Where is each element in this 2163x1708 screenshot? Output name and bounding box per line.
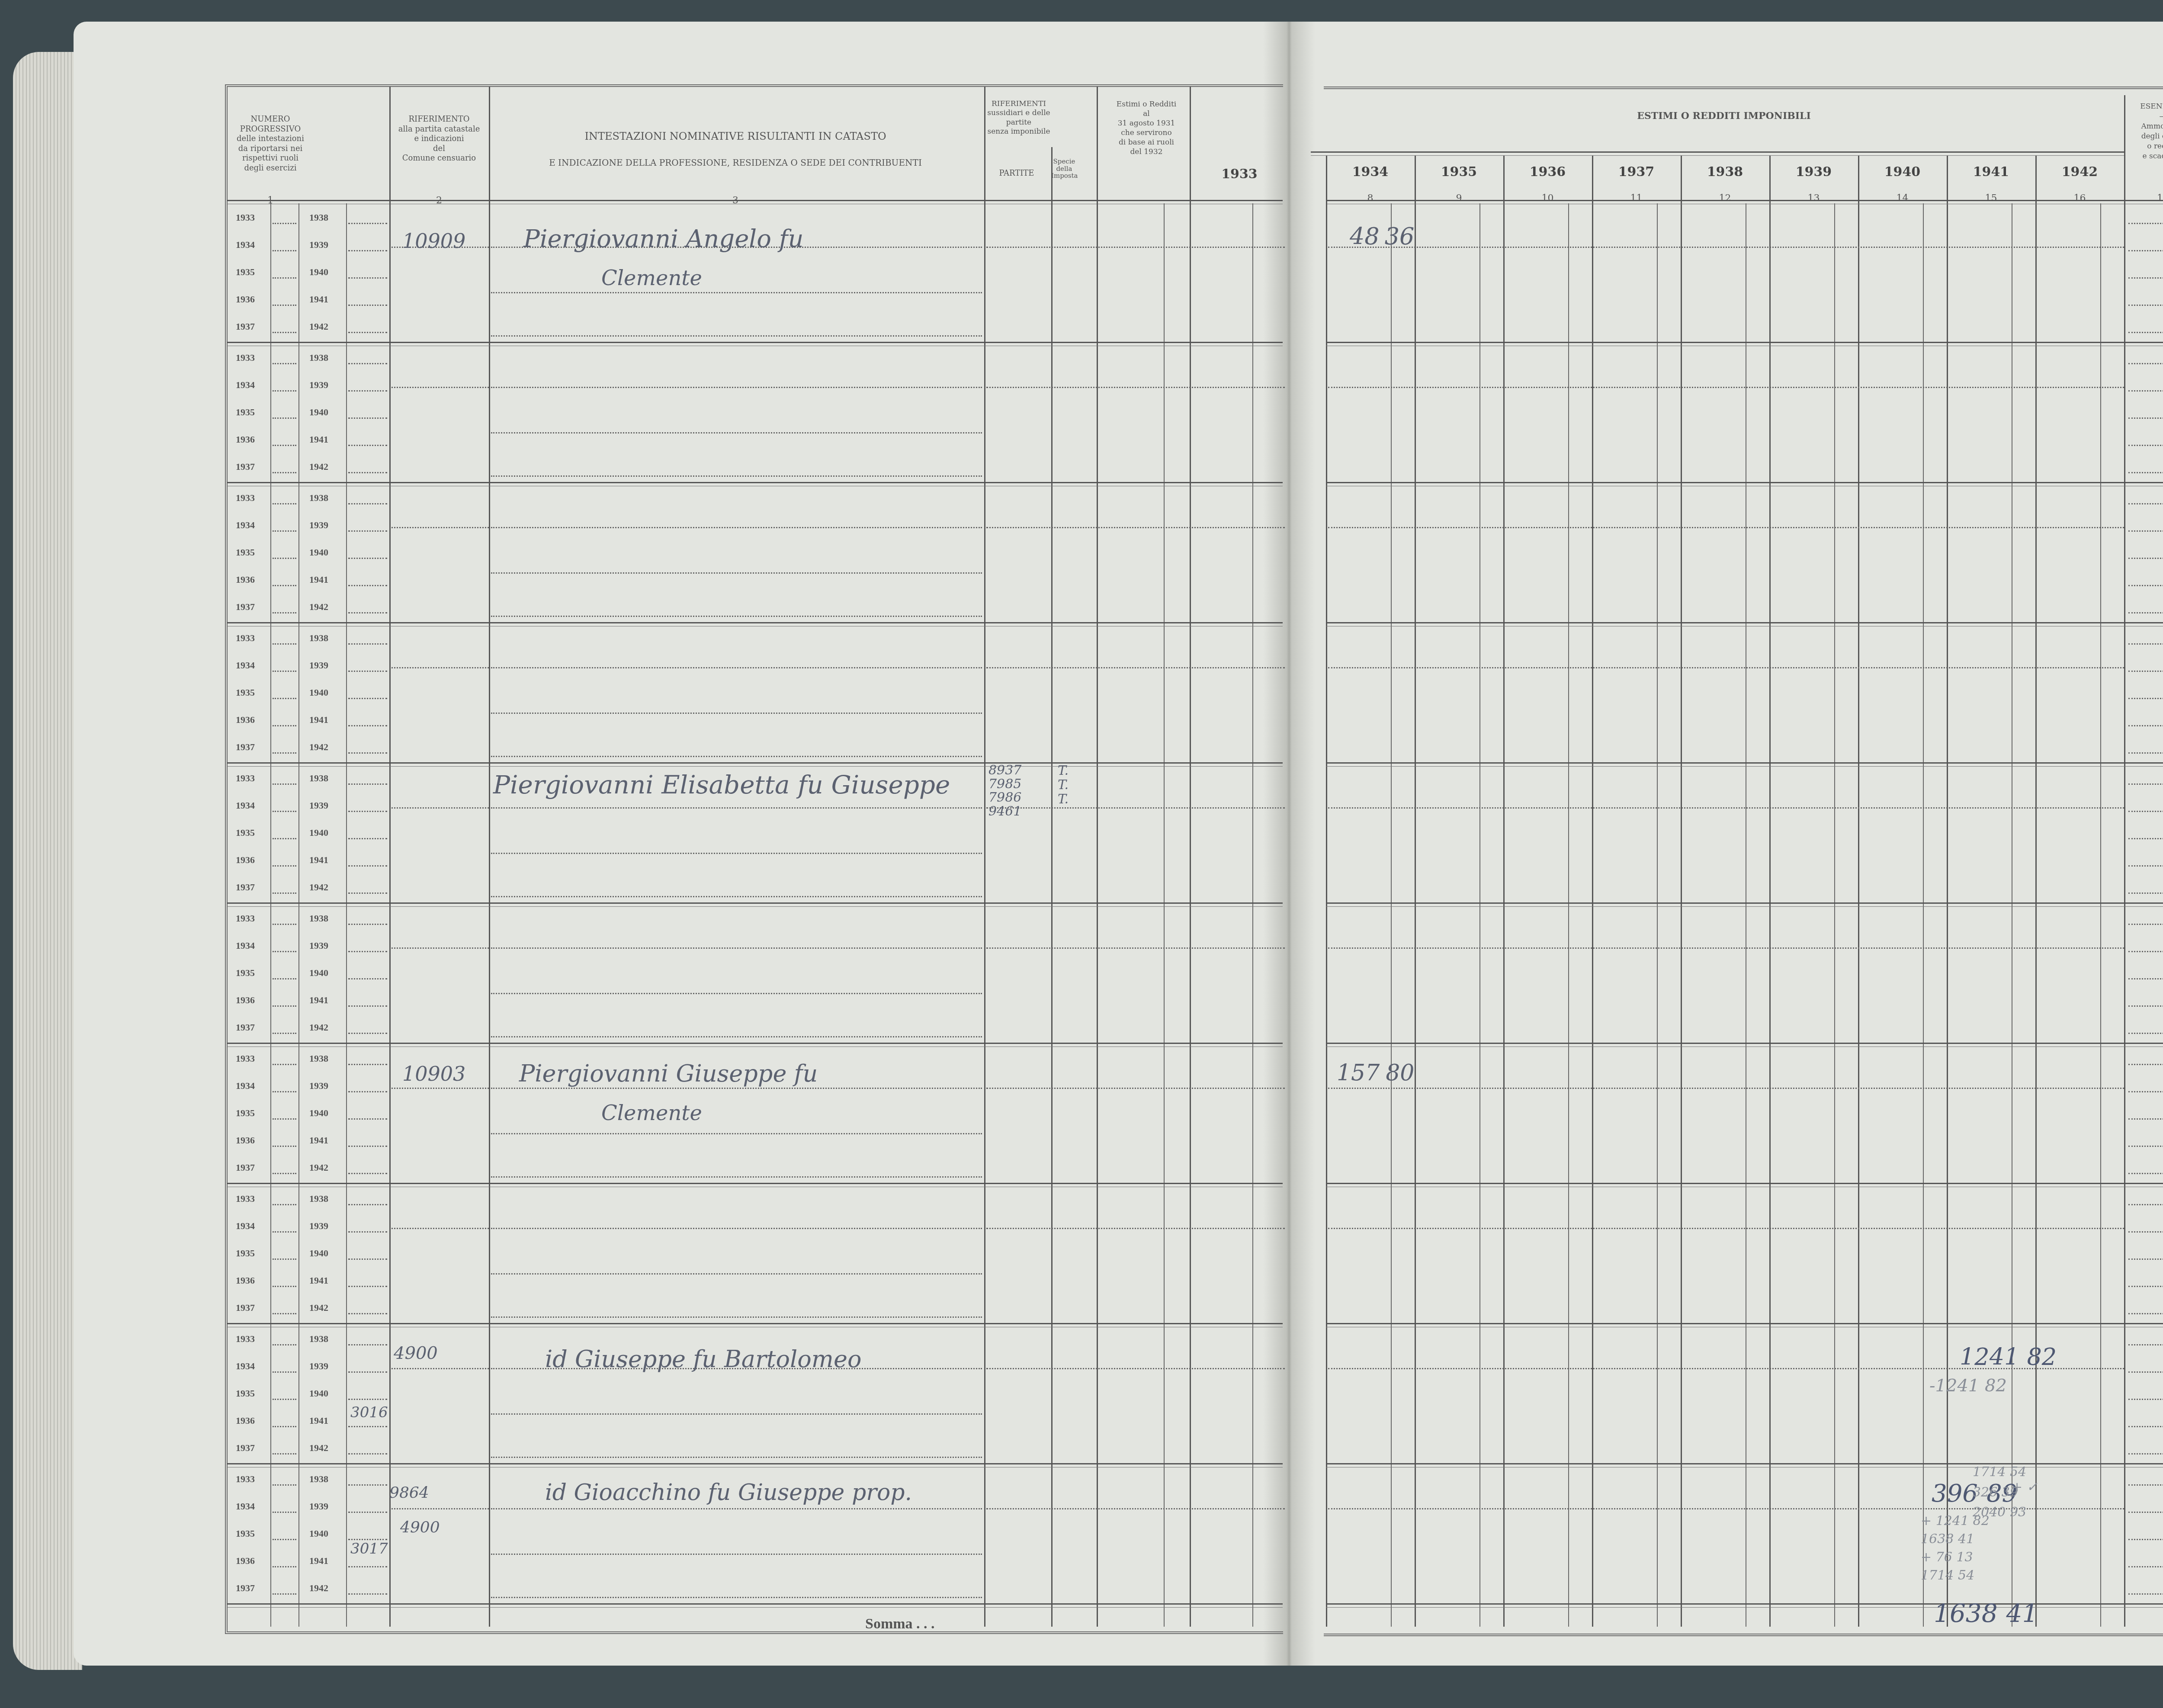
dotted-rule bbox=[986, 387, 1285, 388]
col-divider bbox=[1051, 147, 1053, 1627]
year-label: 1935 bbox=[236, 1528, 255, 1539]
dotted-rule bbox=[491, 756, 982, 757]
dotted-rule bbox=[2128, 1146, 2163, 1147]
dotted-rule bbox=[348, 1453, 387, 1454]
dotted-rule bbox=[348, 725, 387, 726]
dotted-rule bbox=[348, 503, 387, 504]
year-label: 1937 bbox=[236, 1583, 255, 1594]
dotted-rule bbox=[348, 1146, 387, 1147]
col-divider bbox=[2035, 156, 2037, 1627]
dotted-rule bbox=[273, 503, 296, 504]
entry-9-name[interactable]: id Giuseppe fu Bartolomeo bbox=[545, 1345, 861, 1373]
year-label: 1933 bbox=[236, 632, 255, 644]
dotted-rule bbox=[491, 1273, 982, 1275]
header-year-1935: 1935 bbox=[1415, 164, 1503, 180]
dotted-rule bbox=[2128, 1593, 2163, 1595]
year-label: 1942 bbox=[309, 1302, 328, 1313]
dotted-rule bbox=[2128, 585, 2163, 586]
year-label: 1941 bbox=[309, 574, 328, 585]
dotted-rule bbox=[491, 572, 982, 574]
dotted-rule bbox=[273, 1091, 296, 1092]
dotted-rule bbox=[273, 1593, 296, 1595]
dotted-rule bbox=[273, 250, 296, 251]
dotted-rule bbox=[2128, 838, 2163, 839]
dotted-rule bbox=[986, 1088, 1285, 1089]
dotted-rule bbox=[348, 390, 387, 392]
dotted-rule bbox=[2128, 783, 2163, 785]
year-label: 1935 bbox=[236, 827, 255, 838]
dotted-rule bbox=[273, 1033, 296, 1034]
dotted-rule bbox=[2128, 893, 2163, 894]
year-label: 1939 bbox=[309, 1080, 328, 1092]
year-label: 1935 bbox=[236, 1108, 255, 1119]
col-divider bbox=[1164, 203, 1165, 1627]
dotted-rule bbox=[2128, 1399, 2163, 1400]
dotted-rule bbox=[1328, 947, 2124, 949]
dotted-rule bbox=[491, 1088, 982, 1089]
entry-1-name[interactable]: Piergiovanni Angelo fu bbox=[523, 225, 804, 253]
year-label: 1942 bbox=[309, 1162, 328, 1173]
year-label: 1941 bbox=[309, 854, 328, 866]
entry-7-name-line2[interactable]: Clemente bbox=[601, 1101, 702, 1125]
dotted-rule bbox=[273, 1313, 296, 1314]
dotted-rule bbox=[491, 1176, 982, 1178]
dotted-rule bbox=[2128, 1484, 2163, 1486]
year-label: 1934 bbox=[236, 379, 255, 391]
dotted-rule bbox=[2128, 277, 2163, 279]
dotted-rule bbox=[273, 1484, 296, 1486]
dotted-rule bbox=[491, 1036, 982, 1037]
dotted-rule bbox=[491, 1133, 982, 1134]
dotted-rule bbox=[348, 1033, 387, 1034]
header-year-1940: 1940 bbox=[1858, 164, 1947, 180]
year-label: 1941 bbox=[309, 1555, 328, 1567]
dotted-rule bbox=[348, 472, 387, 473]
dotted-rule bbox=[2128, 1313, 2163, 1314]
somma-label: Somma . . . bbox=[865, 1616, 935, 1632]
dotted-rule bbox=[348, 978, 387, 979]
left-table-frame bbox=[225, 84, 1283, 1634]
dotted-rule bbox=[392, 1228, 489, 1229]
year-label: 1940 bbox=[309, 1108, 328, 1119]
year-label: 1934 bbox=[236, 940, 255, 951]
cent-divider bbox=[1391, 203, 1392, 1627]
dotted-rule bbox=[348, 585, 387, 586]
year-label: 1933 bbox=[236, 492, 255, 504]
header-year-1937: 1937 bbox=[1592, 164, 1681, 180]
dotted-rule bbox=[2128, 1426, 2163, 1427]
year-label: 1942 bbox=[309, 1022, 328, 1033]
col-divider bbox=[346, 203, 347, 1627]
dotted-rule bbox=[491, 335, 982, 337]
dotted-rule bbox=[2128, 1286, 2163, 1287]
year-label: 1940 bbox=[309, 266, 328, 278]
dotted-rule bbox=[2128, 1005, 2163, 1007]
year-label: 1934 bbox=[236, 1361, 255, 1372]
dotted-rule bbox=[273, 924, 296, 925]
entry-separator bbox=[1326, 342, 2163, 346]
dotted-rule bbox=[273, 1399, 296, 1400]
cent-divider bbox=[2012, 203, 2012, 1627]
dotted-rule bbox=[348, 1118, 387, 1120]
header-numero-progressivo: NUMERO PROGRESSIVOdelle intestazionida r… bbox=[227, 115, 314, 173]
dotted-rule bbox=[2128, 1344, 2163, 1345]
dotted-rule bbox=[2128, 417, 2163, 419]
col-divider bbox=[2124, 95, 2125, 1627]
dotted-rule bbox=[273, 671, 296, 672]
year-label: 1939 bbox=[309, 1501, 328, 1512]
dotted-rule bbox=[348, 612, 387, 613]
year-label: 1942 bbox=[309, 1442, 328, 1454]
dotted-rule bbox=[273, 332, 296, 333]
dotted-rule bbox=[273, 390, 296, 392]
dotted-rule bbox=[2128, 332, 2163, 333]
year-label: 1934 bbox=[236, 660, 255, 671]
header-year-1936: 1936 bbox=[1503, 164, 1592, 180]
year-label: 1933 bbox=[236, 1333, 255, 1345]
dotted-rule bbox=[2128, 1539, 2163, 1540]
dotted-rule bbox=[2128, 811, 2163, 812]
dotted-rule bbox=[392, 527, 489, 528]
dotted-rule bbox=[348, 445, 387, 446]
col-divider bbox=[1681, 156, 1682, 1627]
entry-separator bbox=[1326, 1463, 2163, 1467]
entry-separator bbox=[1326, 762, 2163, 767]
year-label: 1933 bbox=[236, 1053, 255, 1064]
year-label: 1941 bbox=[309, 1135, 328, 1146]
entry-10-side-note[interactable]: 3017 bbox=[350, 1540, 388, 1557]
dotted-rule bbox=[491, 1554, 982, 1555]
dotted-rule bbox=[491, 387, 982, 388]
year-label: 1940 bbox=[309, 967, 328, 979]
year-label: 1941 bbox=[309, 1275, 328, 1286]
entry-9-1941-value[interactable]: 124182 bbox=[1960, 1343, 2057, 1371]
dotted-rule bbox=[273, 725, 296, 726]
year-label: 1938 bbox=[309, 913, 328, 924]
dotted-rule bbox=[491, 1457, 982, 1458]
entry-7-name[interactable]: Piergiovanni Giuseppe fu bbox=[519, 1060, 818, 1087]
dotted-rule bbox=[2128, 1371, 2163, 1373]
dotted-rule bbox=[2128, 951, 2163, 952]
col-divider bbox=[1252, 203, 1253, 1627]
dotted-rule bbox=[986, 1508, 1285, 1509]
dotted-rule bbox=[273, 223, 296, 224]
cent-divider bbox=[1746, 203, 1746, 1627]
year-label: 1940 bbox=[309, 407, 328, 418]
year-label: 1940 bbox=[309, 1528, 328, 1539]
cent-divider bbox=[1568, 203, 1569, 1627]
dotted-rule bbox=[273, 1146, 296, 1147]
dotted-rule bbox=[273, 1118, 296, 1120]
dotted-rule bbox=[986, 247, 1285, 248]
dotted-rule bbox=[348, 924, 387, 925]
entry-separator bbox=[227, 342, 1283, 346]
year-label: 1940 bbox=[309, 1248, 328, 1259]
year-label: 1942 bbox=[309, 882, 328, 893]
dotted-rule bbox=[348, 1005, 387, 1007]
dotted-rule bbox=[273, 1259, 296, 1260]
dotted-rule bbox=[2128, 752, 2163, 754]
dotted-rule bbox=[2128, 472, 2163, 473]
dotted-rule bbox=[2128, 1091, 2163, 1092]
dotted-rule bbox=[392, 387, 489, 388]
dotted-rule bbox=[986, 1368, 1285, 1369]
dotted-rule bbox=[273, 1453, 296, 1454]
dotted-rule bbox=[2128, 978, 2163, 979]
dotted-rule bbox=[273, 698, 296, 699]
year-label: 1935 bbox=[236, 407, 255, 418]
dotted-rule bbox=[348, 530, 387, 532]
dotted-rule bbox=[2128, 530, 2163, 532]
dotted-rule bbox=[348, 951, 387, 952]
dotted-rule bbox=[273, 1566, 296, 1567]
year-label: 1939 bbox=[309, 1361, 328, 1372]
header-rule-left bbox=[227, 200, 1283, 204]
year-label: 1941 bbox=[309, 434, 328, 445]
dotted-rule bbox=[348, 363, 387, 364]
year-label: 1942 bbox=[309, 742, 328, 753]
dotted-rule bbox=[392, 667, 489, 668]
dotted-rule bbox=[273, 1344, 296, 1345]
dotted-rule bbox=[273, 1005, 296, 1007]
col-divider bbox=[1947, 156, 1948, 1627]
header-year-1939: 1939 bbox=[1769, 164, 1858, 180]
dotted-rule bbox=[348, 1286, 387, 1287]
year-label: 1935 bbox=[236, 1388, 255, 1399]
dotted-rule bbox=[491, 807, 982, 809]
year-label: 1941 bbox=[309, 294, 328, 305]
book-page-edges-left bbox=[13, 52, 82, 1670]
entry-7-1934-value[interactable]: 15780 bbox=[1337, 1060, 1414, 1086]
dotted-rule bbox=[2128, 558, 2163, 559]
cent-divider bbox=[1834, 203, 1835, 1627]
year-label: 1935 bbox=[236, 266, 255, 278]
header-intestazioni: INTESTAZIONI NOMINATIVE RISULTANTI IN CA… bbox=[489, 130, 982, 168]
dotted-rule bbox=[348, 305, 387, 306]
dotted-rule bbox=[348, 1344, 387, 1345]
entry-separator bbox=[227, 902, 1283, 907]
dotted-rule bbox=[348, 671, 387, 672]
dotted-rule bbox=[392, 1508, 489, 1509]
year-label: 1935 bbox=[236, 687, 255, 698]
entry-separator bbox=[227, 762, 1283, 767]
year-label: 1933 bbox=[236, 212, 255, 223]
year-label: 1938 bbox=[309, 632, 328, 644]
dotted-rule bbox=[348, 1566, 387, 1567]
cent-divider bbox=[1923, 203, 1924, 1627]
dotted-rule bbox=[392, 1088, 489, 1089]
header-year-1938: 1938 bbox=[1681, 164, 1769, 180]
header-specie-imposta: SpeciedellaImposta bbox=[1051, 158, 1077, 180]
dotted-rule bbox=[2128, 363, 2163, 364]
dotted-rule bbox=[986, 947, 1285, 949]
dotted-rule bbox=[491, 853, 982, 854]
dotted-rule bbox=[348, 558, 387, 559]
entry-separator bbox=[1326, 1323, 2163, 1327]
entry-separator bbox=[227, 1603, 1283, 1608]
dotted-rule bbox=[273, 1286, 296, 1287]
dotted-rule bbox=[348, 865, 387, 867]
dotted-rule bbox=[2128, 223, 2163, 224]
dotted-rule bbox=[273, 558, 296, 559]
dotted-rule bbox=[2128, 1204, 2163, 1205]
dotted-rule bbox=[2128, 865, 2163, 867]
entry-separator bbox=[1326, 622, 2163, 626]
dotted-rule bbox=[273, 1173, 296, 1174]
dotted-rule bbox=[348, 893, 387, 894]
year-label: 1936 bbox=[236, 434, 255, 445]
dotted-rule bbox=[2128, 390, 2163, 392]
entry-5-name[interactable]: Piergiovanni Elisabetta fu Giuseppe bbox=[493, 770, 950, 799]
dotted-rule bbox=[2128, 924, 2163, 925]
dotted-rule bbox=[491, 475, 982, 477]
year-label: 1939 bbox=[309, 1220, 328, 1232]
year-label: 1933 bbox=[236, 1193, 255, 1204]
year-label: 1936 bbox=[236, 574, 255, 585]
dotted-rule bbox=[2128, 671, 2163, 672]
entry-10-calculation: + 1241 821638 41+ 76 131714 54 bbox=[1921, 1512, 1990, 1585]
dotted-rule bbox=[273, 811, 296, 812]
dotted-rule bbox=[348, 1231, 387, 1233]
entry-10-partita-2[interactable]: 4900 bbox=[400, 1519, 440, 1536]
year-label: 1934 bbox=[236, 1220, 255, 1232]
dotted-rule bbox=[348, 1173, 387, 1174]
dotted-rule bbox=[348, 643, 387, 645]
dotted-rule bbox=[2128, 445, 2163, 446]
header-year-1934: 1934 bbox=[1326, 164, 1415, 180]
dotted-rule bbox=[1328, 1088, 2124, 1089]
col-divider bbox=[489, 87, 490, 1627]
entry-9-side-note[interactable]: 3016 bbox=[350, 1404, 388, 1421]
year-label: 1933 bbox=[236, 773, 255, 784]
entry-separator bbox=[1326, 1183, 2163, 1187]
entry-separator bbox=[227, 622, 1283, 626]
entry-separator bbox=[1326, 482, 2163, 486]
dotted-rule bbox=[273, 1426, 296, 1427]
dotted-rule bbox=[2128, 612, 2163, 613]
entry-5-specie-imposta[interactable]: T.T.T. bbox=[1058, 764, 1069, 806]
col-divider bbox=[1415, 156, 1416, 1627]
dotted-rule bbox=[491, 947, 982, 949]
dotted-rule bbox=[2128, 1173, 2163, 1174]
dotted-rule bbox=[348, 277, 387, 279]
year-label: 1936 bbox=[236, 1135, 255, 1146]
year-label: 1936 bbox=[236, 995, 255, 1006]
dotted-rule bbox=[273, 363, 296, 364]
year-label: 1937 bbox=[236, 882, 255, 893]
year-label: 1938 bbox=[309, 212, 328, 223]
header-estimi-imponibili: ESTIMI O REDDITI IMPONIBILI bbox=[1324, 110, 2124, 122]
right-table-frame bbox=[1324, 87, 2163, 1636]
dotted-rule bbox=[273, 1371, 296, 1373]
entry-1-partita[interactable]: 10909 bbox=[402, 229, 465, 253]
year-label: 1938 bbox=[309, 1193, 328, 1204]
somma-1941-total[interactable]: 163841 bbox=[1934, 1599, 2038, 1628]
year-label: 1942 bbox=[309, 1583, 328, 1594]
year-label: 1940 bbox=[309, 1388, 328, 1399]
dotted-rule bbox=[348, 1371, 387, 1373]
entry-separator bbox=[1326, 902, 2163, 907]
entry-9-1941-struck: -1241 82 bbox=[1929, 1376, 2007, 1396]
dotted-rule bbox=[273, 838, 296, 839]
dotted-rule bbox=[348, 752, 387, 754]
dotted-rule bbox=[986, 1228, 1285, 1229]
dotted-rule bbox=[2128, 698, 2163, 699]
header-estimi-1931: Estimi o Redditial31 agosto 1931che serv… bbox=[1099, 100, 1194, 157]
year-label: 1939 bbox=[309, 239, 328, 250]
dotted-rule bbox=[2128, 725, 2163, 726]
year-label: 1933 bbox=[236, 913, 255, 924]
dotted-rule bbox=[273, 893, 296, 894]
year-label: 1934 bbox=[236, 800, 255, 811]
dotted-rule bbox=[273, 612, 296, 613]
entry-10-partita[interactable]: 9864 bbox=[389, 1484, 429, 1502]
entry-separator bbox=[227, 482, 1283, 486]
entry-10-name[interactable]: id Gioacchino fu Giuseppe prop. bbox=[545, 1480, 912, 1506]
year-label: 1934 bbox=[236, 239, 255, 250]
entry-1-1934-value[interactable]: 4836 bbox=[1350, 223, 1414, 250]
dotted-rule bbox=[348, 1204, 387, 1205]
year-label: 1942 bbox=[309, 601, 328, 613]
col-divider bbox=[1190, 87, 1191, 1627]
year-label: 1936 bbox=[236, 714, 255, 726]
cent-divider bbox=[1479, 203, 1480, 1627]
dotted-rule bbox=[273, 530, 296, 532]
cent-divider bbox=[2100, 203, 2101, 1627]
dotted-rule bbox=[2128, 250, 2163, 251]
entry-1-name-line2[interactable]: Clemente bbox=[601, 266, 702, 290]
dotted-rule bbox=[348, 1259, 387, 1260]
dotted-rule bbox=[348, 1512, 387, 1513]
dotted-rule bbox=[491, 1508, 982, 1509]
entry-separator bbox=[227, 1043, 1283, 1047]
dotted-rule bbox=[348, 1064, 387, 1065]
entry-separator bbox=[227, 1463, 1283, 1467]
dotted-rule bbox=[348, 417, 387, 419]
year-label: 1940 bbox=[309, 547, 328, 558]
dotted-rule bbox=[392, 807, 489, 809]
year-label: 1934 bbox=[236, 520, 255, 531]
dotted-rule bbox=[348, 1426, 387, 1427]
entry-5-sub-partite[interactable]: 8937798579869461 bbox=[988, 764, 1021, 818]
dotted-rule bbox=[348, 250, 387, 251]
dotted-rule bbox=[273, 865, 296, 867]
dotted-rule bbox=[1328, 1228, 2124, 1229]
dotted-rule bbox=[348, 332, 387, 333]
year-label: 1939 bbox=[309, 660, 328, 671]
dotted-rule bbox=[491, 292, 982, 293]
year-label: 1936 bbox=[236, 294, 255, 305]
dotted-rule bbox=[392, 947, 489, 949]
entry-9-partita[interactable]: 4900 bbox=[394, 1343, 438, 1363]
col-divider bbox=[389, 87, 391, 1627]
year-label: 1937 bbox=[236, 461, 255, 472]
year-label: 1933 bbox=[236, 352, 255, 363]
year-label: 1935 bbox=[236, 967, 255, 979]
entry-separator bbox=[227, 1183, 1283, 1187]
entry-7-partita[interactable]: 10903 bbox=[402, 1062, 465, 1085]
dotted-rule bbox=[2128, 1566, 2163, 1567]
year-label: 1936 bbox=[236, 1275, 255, 1286]
year-label: 1935 bbox=[236, 547, 255, 558]
dotted-rule bbox=[273, 783, 296, 785]
year-label: 1937 bbox=[236, 601, 255, 613]
dotted-rule bbox=[348, 1399, 387, 1400]
dotted-rule bbox=[273, 1204, 296, 1205]
dotted-rule bbox=[491, 527, 982, 528]
header-rule-years bbox=[1311, 151, 2124, 156]
dotted-rule bbox=[348, 698, 387, 699]
